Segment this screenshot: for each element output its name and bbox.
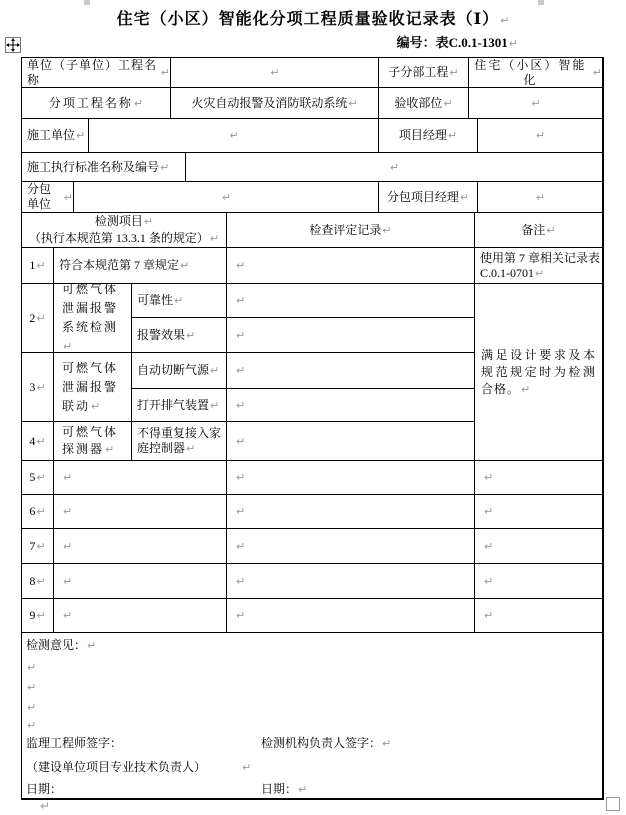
pilcrow-mark: ↵ [382,737,391,750]
top-crop-mark-left [84,0,90,5]
pilcrow-mark: ↵ [449,65,458,80]
pilcrow-mark: ↵ [593,65,602,80]
pilcrow-mark: ↵ [536,190,545,205]
pilcrow-mark: ↵ [36,574,45,589]
empty-line: ↵ [241,759,251,776]
pilcrow-mark: ↵ [484,608,493,623]
project-manager-value-cell[interactable]: ↵ [478,119,603,153]
construction-unit-label-cell: 施工单位↵ [22,119,89,153]
row1-item-cell: 符合本规范第 7 章规定↵ [54,248,227,284]
row4-record-cell[interactable]: ↵ [227,422,475,461]
pilcrow-mark: ↵ [531,96,540,111]
pilcrow-mark: ↵ [36,470,45,485]
row8-remark-cell[interactable]: ↵ [475,564,603,599]
pilcrow-mark: ↵ [484,470,493,485]
row6-item-cell[interactable]: ↵ [54,495,227,529]
pilcrow-mark: ↵ [236,574,245,589]
pilcrow-mark: ↵ [229,128,238,143]
pilcrow-mark: ↵ [298,783,307,796]
pilcrow-mark: ↵ [443,96,452,111]
rows2-4-remark-cell: 满足设计要求及本规范规定时为检测合格。↵ [475,284,603,461]
row9-item-cell[interactable]: ↵ [54,599,227,633]
pilcrow-mark: ↵ [161,65,170,80]
pilcrow-mark: ↵ [536,128,545,143]
empty-line: ↵ [26,717,36,734]
row3-number-cell: 3↵ [22,353,54,422]
row3-sub1-record-cell[interactable]: ↵ [227,353,475,389]
row5-remark-cell[interactable]: ↵ [475,461,603,495]
builder-note: （建设单位项目专业技术负责人） [26,759,206,775]
pilcrow-mark: ↵ [236,258,245,273]
pilcrow-mark: ↵ [236,328,245,343]
row9-remark-cell[interactable]: ↵ [475,599,603,633]
pilcrow-mark: ↵ [236,363,245,378]
row7-record-cell[interactable]: ↵ [227,529,475,564]
row7-item-cell[interactable]: ↵ [54,529,227,564]
row3-sub2-cell: 打开排气装置↵ [132,389,227,422]
pilcrow-mark: ↵ [236,470,245,485]
pilcrow-mark: ↵ [236,293,245,308]
project-manager-label-cell: 项目经理↵ [379,119,478,153]
pilcrow-mark: ↵ [63,504,72,519]
pilcrow-mark: ↵ [174,293,183,308]
header-record-cell: 检查评定记录↵ [227,213,475,248]
subcontract-manager-label-cell: 分包项目经理↵ [379,182,478,213]
row6-remark-cell[interactable]: ↵ [475,495,603,529]
row9-record-cell[interactable]: ↵ [227,599,475,633]
pilcrow-mark: ↵ [27,719,36,732]
supervisor-sign-label: 监理工程师签字： [26,735,122,751]
opinion-label: 检测意见：↵ [26,637,96,654]
acceptance-part-label-cell: 验收部位↵ [379,88,469,119]
pilcrow-mark: ↵ [448,128,457,143]
pilcrow-mark: ↵ [160,160,169,175]
pilcrow-mark: ↵ [236,434,245,449]
pilcrow-mark: ↵ [36,539,45,554]
pilcrow-mark: ↵ [180,258,189,273]
top-crop-mark-right [538,0,544,5]
pilcrow-mark: ↵ [521,383,530,396]
row5-record-cell[interactable]: ↵ [227,461,475,495]
subcontractor-value-cell[interactable]: ↵ [74,182,379,213]
agency-sign-label: 检测机构负责人签字：↵ [261,735,391,752]
construction-unit-value-cell[interactable]: ↵ [89,119,379,153]
pilcrow-mark: ↵ [186,442,195,455]
pilcrow-mark: ↵ [236,608,245,623]
pilcrow-mark: ↵ [36,380,45,395]
pilcrow-mark: ↵ [484,504,493,519]
pilcrow-mark: ↵ [460,190,469,205]
table-resize-handle[interactable] [606,797,620,811]
pilcrow-mark: ↵ [242,761,251,774]
row1-number-cell: 1↵ [22,248,54,284]
pilcrow-mark: ↵ [236,539,245,554]
pilcrow-mark: ↵ [382,223,391,238]
unit-project-value-cell[interactable]: ↵ [171,58,379,88]
row4-group-cell: 可燃气体探测器↵ [54,422,132,461]
header-item-cell: 检测项目↵ （执行本规范第 13.3.1 条的规定）↵ [22,213,227,248]
acceptance-part-value-cell[interactable]: ↵ [469,88,603,119]
pilcrow-mark: ↵ [546,223,555,238]
pilcrow-mark: ↵ [40,799,50,813]
row1-remark-cell: 使用第 7 章相关记录表 C.0.1-0701↵ [475,248,603,284]
pilcrow-mark: ↵ [64,190,73,205]
pilcrow-mark: ↵ [27,661,36,674]
pilcrow-mark: ↵ [36,434,45,449]
doc-number: 编号：表C.0.1-1301↵ [397,32,518,51]
pilcrow-mark: ↵ [63,574,72,589]
row6-record-cell[interactable]: ↵ [227,495,475,529]
pilcrow-mark: ↵ [236,504,245,519]
row3-group-cell: 可燃气体泄漏报警联动↵ [54,353,132,422]
pilcrow-mark: ↵ [535,267,544,280]
pilcrow-mark: ↵ [144,215,153,228]
row2-number-cell: 2↵ [22,284,54,353]
sub-division-label-cell: 子分部工程↵ [379,58,469,88]
row6-number-cell: 6↵ [22,495,54,529]
row5-item-cell[interactable]: ↵ [54,461,227,495]
empty-line: ↵ [26,679,36,696]
pilcrow-mark: ↵ [36,504,45,519]
pilcrow-mark: ↵ [63,608,72,623]
row2-sub2-cell: 报警效果↵ [132,318,227,353]
table-move-handle-icon[interactable] [5,37,21,53]
row2-sub2-record-cell[interactable]: ↵ [227,318,475,353]
pilcrow-mark: ↵ [76,128,85,143]
pilcrow-mark: ↵ [91,400,100,413]
pilcrow-mark: ↵ [210,363,219,378]
pilcrow-mark: ↵ [509,37,518,50]
pilcrow-mark: ↵ [236,398,245,413]
acceptance-record-table: 单位（子单位）工程名称↵ ↵ 子分部工程↵ 住宅（小区）智能化↵ 分项工程名称↵… [21,57,604,800]
pilcrow-mark: ↵ [63,340,72,353]
unit-project-label-cell: 单位（子单位）工程名称↵ [22,58,171,88]
pilcrow-mark: ↵ [36,258,45,273]
row2-group-cell: 可燃气体泄漏报警系统检测↵ [54,284,132,353]
empty-line: ↵ [26,699,36,716]
row5-number-cell: 5↵ [22,461,54,495]
pilcrow-mark: ↵ [390,160,399,175]
row1-record-cell[interactable]: ↵ [227,248,475,284]
pilcrow-mark: ↵ [222,190,231,205]
standard-value-cell[interactable]: ↵ [186,153,603,182]
standard-label-cell: 施工执行标准名称及编号↵ [22,153,186,182]
header-remark-cell: 备注↵ [475,213,603,248]
row2-sub1-cell: 可靠性↵ [132,284,227,318]
row3-sub2-record-cell[interactable]: ↵ [227,389,475,422]
sub-item-label-cell: 分项工程名称↵ [22,88,171,119]
row4-number-cell: 4↵ [22,422,54,461]
pilcrow-mark: ↵ [186,328,195,343]
subcontract-manager-value-cell[interactable]: ↵ [478,182,603,213]
sub-division-value-cell[interactable]: 住宅（小区）智能化↵ [469,58,603,88]
row3-sub1-cell: 自动切断气源↵ [132,353,227,389]
row2-sub1-record-cell[interactable]: ↵ [227,284,475,318]
row8-number-cell: 8↵ [22,564,54,599]
empty-line: ↵ [26,659,36,676]
row7-remark-cell[interactable]: ↵ [475,529,603,564]
pilcrow-mark: ↵ [63,539,72,554]
row9-number-cell: 9↵ [22,599,54,633]
row4-sub-cell: 不得重复接入家庭控制器↵ [132,422,227,461]
inspection-opinion-cell[interactable]: 检测意见：↵ ↵ ↵ ↵ ↵ 监理工程师签字： 检测机构负责人签字：↵ （建设单… [22,633,603,799]
pilcrow-mark: ↵ [36,311,45,326]
pilcrow-mark: ↵ [210,398,219,413]
pilcrow-mark: ↵ [484,574,493,589]
pilcrow-mark: ↵ [63,470,72,485]
pilcrow-mark: ↵ [134,96,143,111]
row8-record-cell[interactable]: ↵ [227,564,475,599]
pilcrow-mark: ↵ [270,65,279,80]
pilcrow-mark: ↵ [87,639,96,652]
row7-number-cell: 7↵ [22,529,54,564]
row8-item-cell[interactable]: ↵ [54,564,227,599]
pilcrow-mark: ↵ [105,443,114,456]
pilcrow-mark: ↵ [484,539,493,554]
page-title: 住宅（小区）智能化分项工程质量验收记录表（Ⅰ）↵ [0,6,626,29]
document-page: 住宅（小区）智能化分项工程质量验收记录表（Ⅰ）↵ 编号：表C.0.1-1301↵… [0,0,626,815]
pilcrow-mark: ↵ [27,701,36,714]
pilcrow-mark: ↵ [27,681,36,694]
pilcrow-mark: ↵ [210,232,219,245]
date-left-label: 日期： [26,781,62,797]
sub-item-value-cell[interactable]: 火灾自动报警及消防联动系统↵ [171,88,379,119]
date-right-label: 日期：↵ [261,781,307,798]
subcontractor-label-cell: 分包单位↵ [22,182,74,213]
pilcrow-mark: ↵ [36,608,45,623]
pilcrow-mark: ↵ [500,14,509,27]
pilcrow-mark: ↵ [348,96,357,111]
